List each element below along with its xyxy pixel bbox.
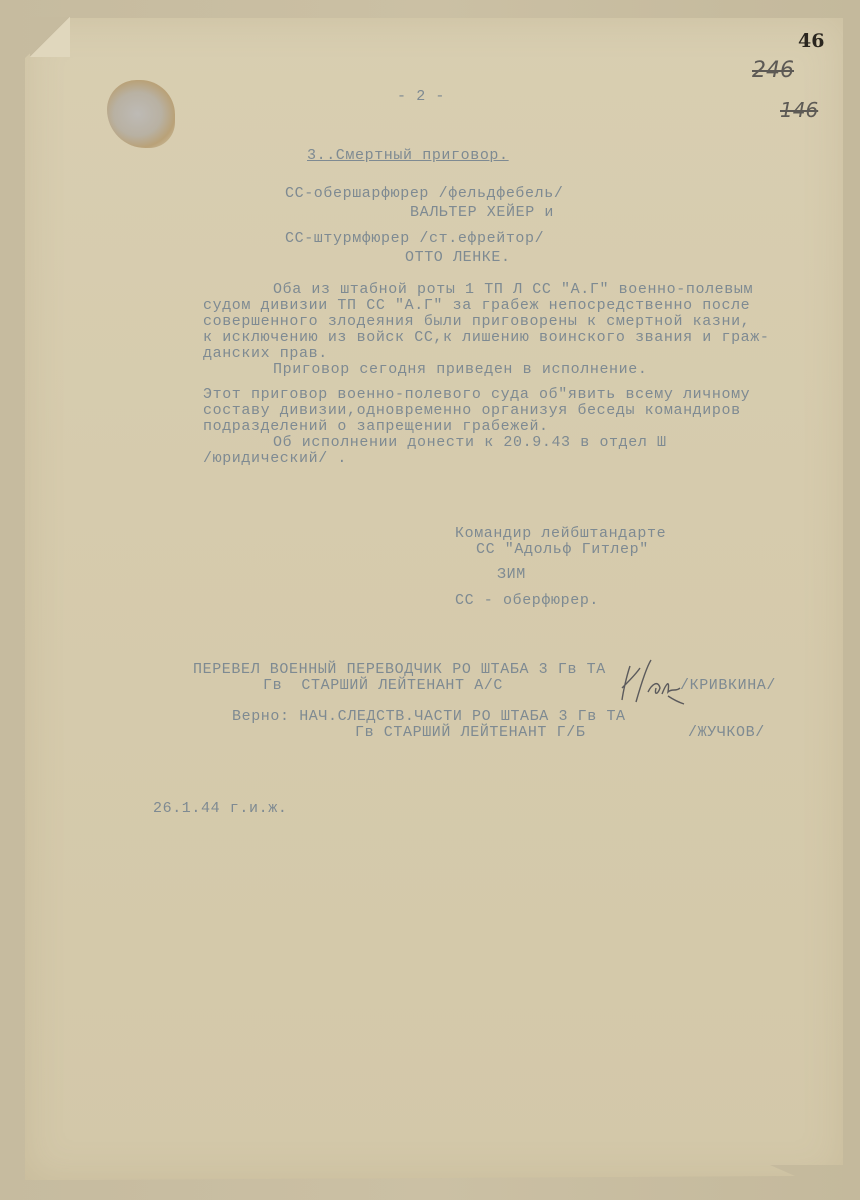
commander-rank: СС - оберфюрер. <box>455 592 599 609</box>
body-line: подразделений о запрещении грабежей. <box>203 418 549 435</box>
page-number: - 2 - <box>397 88 445 105</box>
body-line: составу дивизии,одновременно организуя б… <box>203 402 741 419</box>
commander-unit: СС "Адольф Гитлер" <box>476 541 649 558</box>
date-line: 26.1.44 г.и.ж. <box>153 800 287 817</box>
body-line: Этот приговор военно-полевого суда об"яв… <box>203 386 750 403</box>
body-line: к исключению из войск СС,к лишению воинс… <box>203 329 770 346</box>
commander-title: Командир лейбштандарте <box>455 525 666 542</box>
convicted-1-rank: СС-обершарфюрер /фельдфебель/ <box>285 185 563 202</box>
translator-name: /КРИВКИНА/ <box>680 677 776 694</box>
translator-rank: Гв СТАРШИЙ ЛЕЙТЕНАНТ А/С <box>263 677 503 694</box>
handwritten-signature <box>618 658 688 708</box>
commander-name: ЗИМ <box>497 566 526 583</box>
pencil-folio-crossed-1: 246 <box>752 58 794 83</box>
convicted-2-name: ОТТО ЛЕНКЕ. <box>405 249 511 266</box>
verification-rank: Гв СТАРШИЙ ЛЕЙТЕНАНТ Г/Б <box>355 724 585 741</box>
archive-page-number: 46 <box>798 30 824 52</box>
verification-line: Верно: НАЧ.СЛЕДСТВ.ЧАСТИ РО ШТАБА 3 Гв Т… <box>232 708 626 725</box>
water-stain <box>107 80 175 148</box>
convicted-2-rank: СС-штурмфюрер /ст.ефрейтор/ <box>285 230 544 247</box>
verification-name: /ЖУЧКОВ/ <box>688 724 765 741</box>
body-line: совершенного злодеяния были приговорены … <box>203 313 750 330</box>
body-line: судом дивизии ТП СС "А.Г" за грабеж непо… <box>203 297 750 314</box>
body-line: Приговор сегодня приведен в исполнение. <box>273 361 647 378</box>
body-line: данских прав. <box>203 345 328 362</box>
folded-corner <box>30 17 70 57</box>
body-line: Оба из штабной роты 1 ТП Л СС "А.Г" воен… <box>273 281 753 298</box>
pencil-folio-crossed-2: 146 <box>780 98 818 122</box>
section-title: 3..Смертный приговор. <box>307 147 509 164</box>
convicted-1-name: ВАЛЬТЕР ХЕЙЕР и <box>410 204 554 221</box>
body-line: Об исполнении донести к 20.9.43 в отдел … <box>273 434 667 451</box>
translator-line: ПЕРЕВЕЛ ВОЕННЫЙ ПЕРЕВОДЧИК РО ШТАБА 3 Гв… <box>193 661 606 678</box>
body-line: /юридический/ . <box>203 450 347 467</box>
